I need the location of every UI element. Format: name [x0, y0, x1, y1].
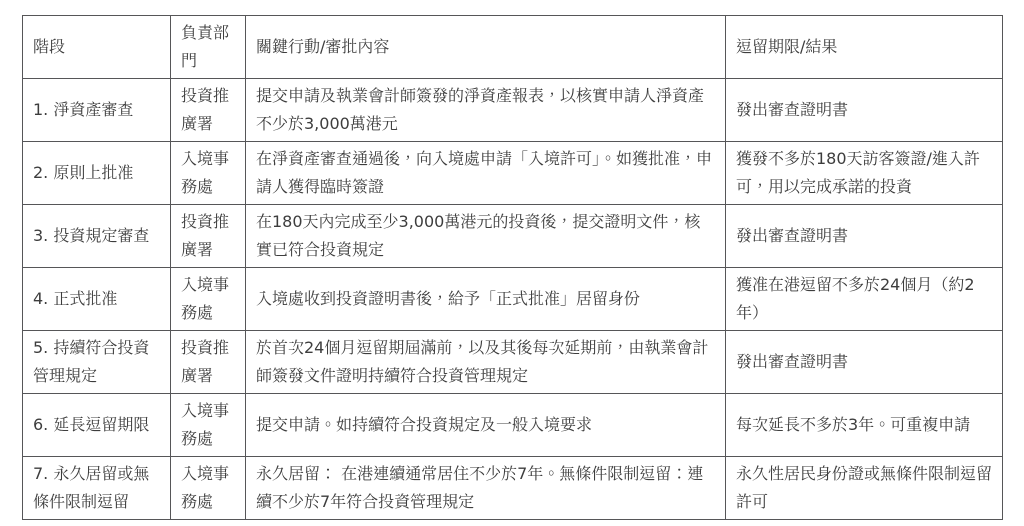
cell-action: 入境處收到投資證明書後，給予「正式批准」居留身份 — [246, 268, 726, 331]
cell-action: 在180天內完成至少3,000萬港元的投資後，提交證明文件，核實已符合投資規定 — [246, 205, 726, 268]
cell-result: 發出審查證明書 — [726, 79, 1003, 142]
cell-stage: 2. 原則上批准 — [23, 142, 171, 205]
cell-department: 投資推廣署 — [171, 205, 246, 268]
cell-department: 投資推廣署 — [171, 79, 246, 142]
cell-department: 入境事務處 — [171, 394, 246, 457]
cell-stage: 6. 延長逗留期限 — [23, 394, 171, 457]
table-row: 6. 延長逗留期限入境事務處提交申請。如持續符合投資規定及一般入境要求每次延長不… — [23, 394, 1003, 457]
table-row: 1. 淨資產審查投資推廣署提交申請及執業會計師簽發的淨資產報表，以核實申請人淨資… — [23, 79, 1003, 142]
cell-department: 入境事務處 — [171, 142, 246, 205]
table-body: 1. 淨資產審查投資推廣署提交申請及執業會計師簽發的淨資產報表，以核實申請人淨資… — [23, 79, 1003, 520]
process-table-container: 階段 負責部門 關鍵行動/審批內容 逗留期限/結果 1. 淨資產審查投資推廣署提… — [22, 15, 1003, 520]
cell-stage: 4. 正式批准 — [23, 268, 171, 331]
cell-department: 入境事務處 — [171, 457, 246, 520]
cell-stage: 5. 持續符合投資管理規定 — [23, 331, 171, 394]
table-row: 4. 正式批准入境事務處入境處收到投資證明書後，給予「正式批准」居留身份獲准在港… — [23, 268, 1003, 331]
col-header-stage: 階段 — [23, 16, 171, 79]
col-header-result: 逗留期限/結果 — [726, 16, 1003, 79]
table-row: 7. 永久居留或無條件限制逗留入境事務處永久居留： 在港連續通常居住不少於7年。… — [23, 457, 1003, 520]
cell-result: 獲發不多於180天訪客簽證/進入許可，用以完成承諾的投資 — [726, 142, 1003, 205]
process-table: 階段 負責部門 關鍵行動/審批內容 逗留期限/結果 1. 淨資產審查投資推廣署提… — [22, 15, 1003, 520]
cell-stage: 3. 投資規定審查 — [23, 205, 171, 268]
cell-department: 投資推廣署 — [171, 331, 246, 394]
col-header-action: 關鍵行動/審批內容 — [246, 16, 726, 79]
cell-result: 每次延長不多於3年。可重複申請 — [726, 394, 1003, 457]
cell-result: 永久性居民身份證或無條件限制逗留許可 — [726, 457, 1003, 520]
cell-action: 提交申請。如持續符合投資規定及一般入境要求 — [246, 394, 726, 457]
table-row: 3. 投資規定審查投資推廣署在180天內完成至少3,000萬港元的投資後，提交證… — [23, 205, 1003, 268]
cell-result: 獲准在港逗留不多於24個月（約2年） — [726, 268, 1003, 331]
col-header-department: 負責部門 — [171, 16, 246, 79]
cell-department: 入境事務處 — [171, 268, 246, 331]
cell-action: 永久居留： 在港連續通常居住不少於7年。無條件限制逗留：連續不少於7年符合投資管… — [246, 457, 726, 520]
cell-action: 在淨資產審查通過後，向入境處申請「入境許可」。如獲批准，申請人獲得臨時簽證 — [246, 142, 726, 205]
table-row: 5. 持續符合投資管理規定投資推廣署於首次24個月逗留期屆滿前，以及其後每次延期… — [23, 331, 1003, 394]
cell-result: 發出審查證明書 — [726, 331, 1003, 394]
table-row: 2. 原則上批准入境事務處在淨資產審查通過後，向入境處申請「入境許可」。如獲批准… — [23, 142, 1003, 205]
cell-action: 提交申請及執業會計師簽發的淨資產報表，以核實申請人淨資產不少於3,000萬港元 — [246, 79, 726, 142]
cell-stage: 7. 永久居留或無條件限制逗留 — [23, 457, 171, 520]
cell-action: 於首次24個月逗留期屆滿前，以及其後每次延期前，由執業會計師簽發文件證明持續符合… — [246, 331, 726, 394]
cell-stage: 1. 淨資產審查 — [23, 79, 171, 142]
header-row: 階段 負責部門 關鍵行動/審批內容 逗留期限/結果 — [23, 16, 1003, 79]
cell-result: 發出審查證明書 — [726, 205, 1003, 268]
